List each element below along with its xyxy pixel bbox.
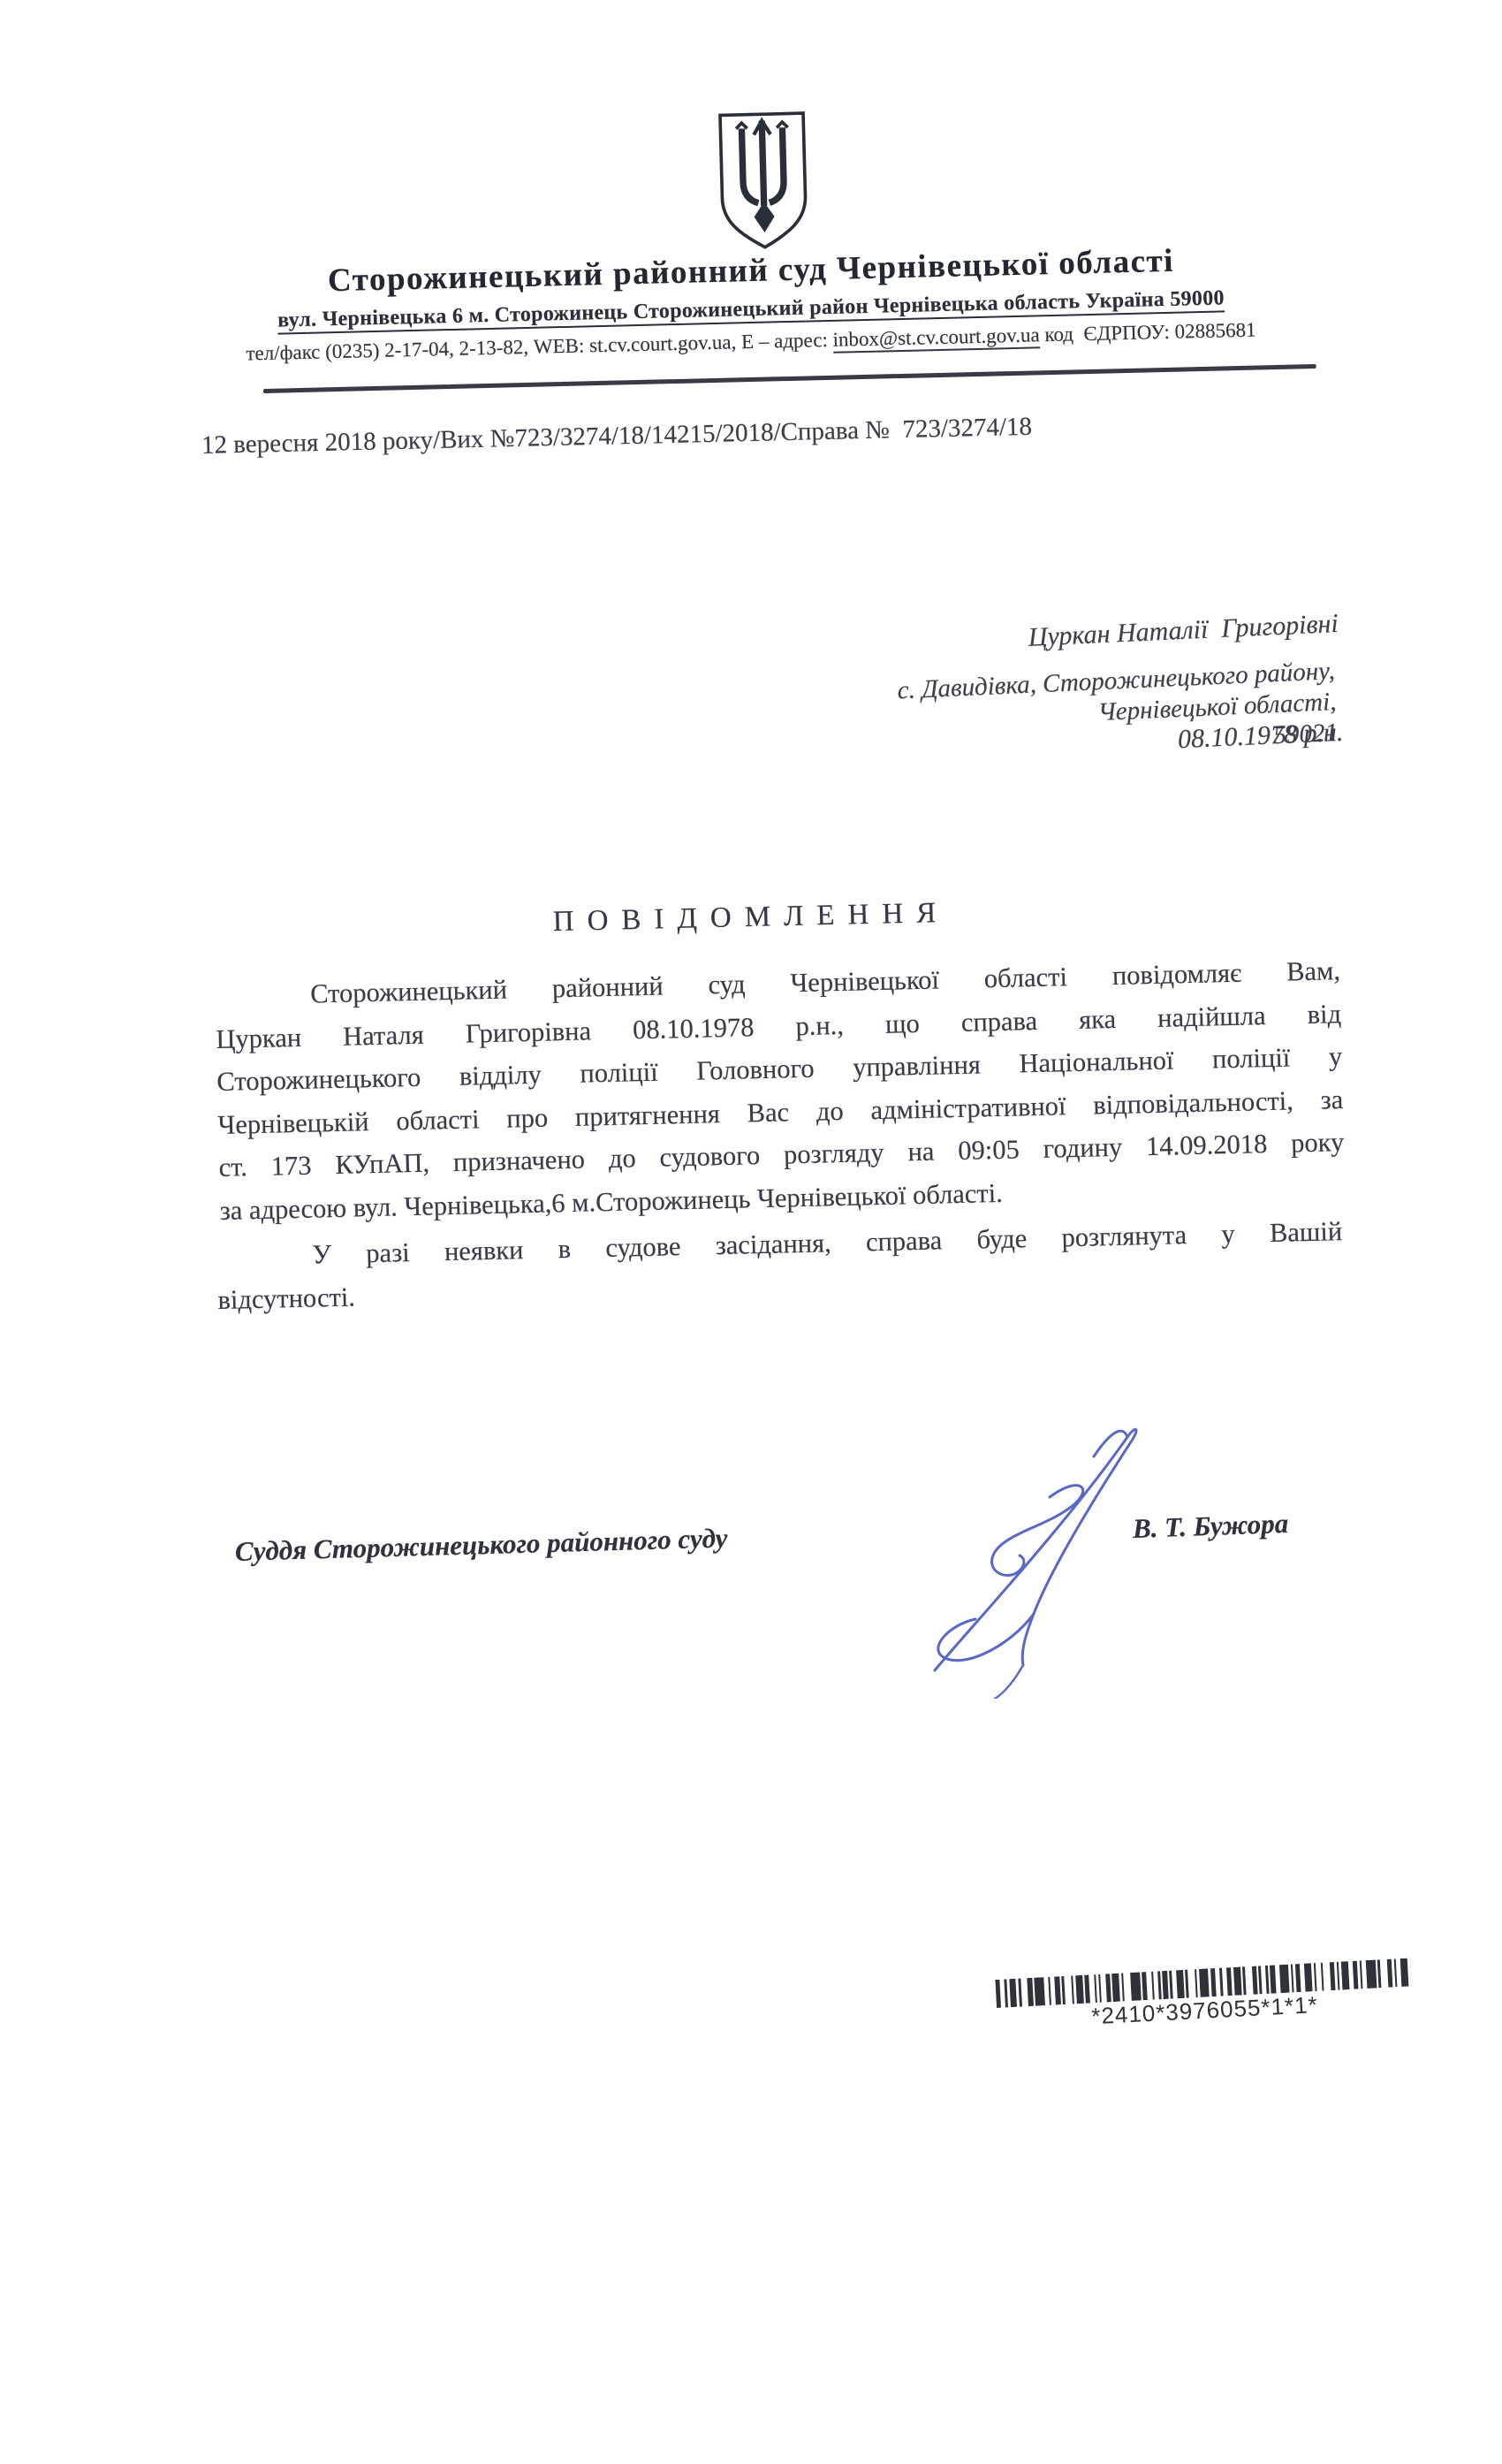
contact-suffix: код ЄДРПОУ: 02885681 (1039, 319, 1255, 346)
notice-paragraph-1: Сторожинецький районний суд Чернівецької… (215, 949, 1346, 1232)
judge-title: Суддя Сторожинецького районного суду (234, 1522, 727, 1568)
barcode-block: *2410*3976055*1*1* (995, 1958, 1413, 2035)
reference-case-line: 12 вересня 2018 року/Вих №723/3274/18/14… (201, 413, 1033, 460)
judge-name: В. Т. Бужора (1132, 1508, 1288, 1545)
scanned-court-letter: Сторожинецький районний суд Чернівецької… (0, 0, 1502, 2464)
ukraine-trident-emblem-icon (710, 109, 816, 255)
notice-title: ПОВІДОМЛЕННЯ (0, 885, 1502, 952)
header-divider-rule (263, 364, 1316, 393)
recipient-name: Цуркан Наталії Григорівні (799, 605, 1339, 666)
judge-signature-icon (899, 1389, 1164, 1699)
contact-email: inbox@st.cv.court.gov.ua (832, 323, 1040, 354)
contact-prefix: тел/факс (0235) 2-17-04, 2-13-82, WEB: s… (246, 329, 833, 365)
